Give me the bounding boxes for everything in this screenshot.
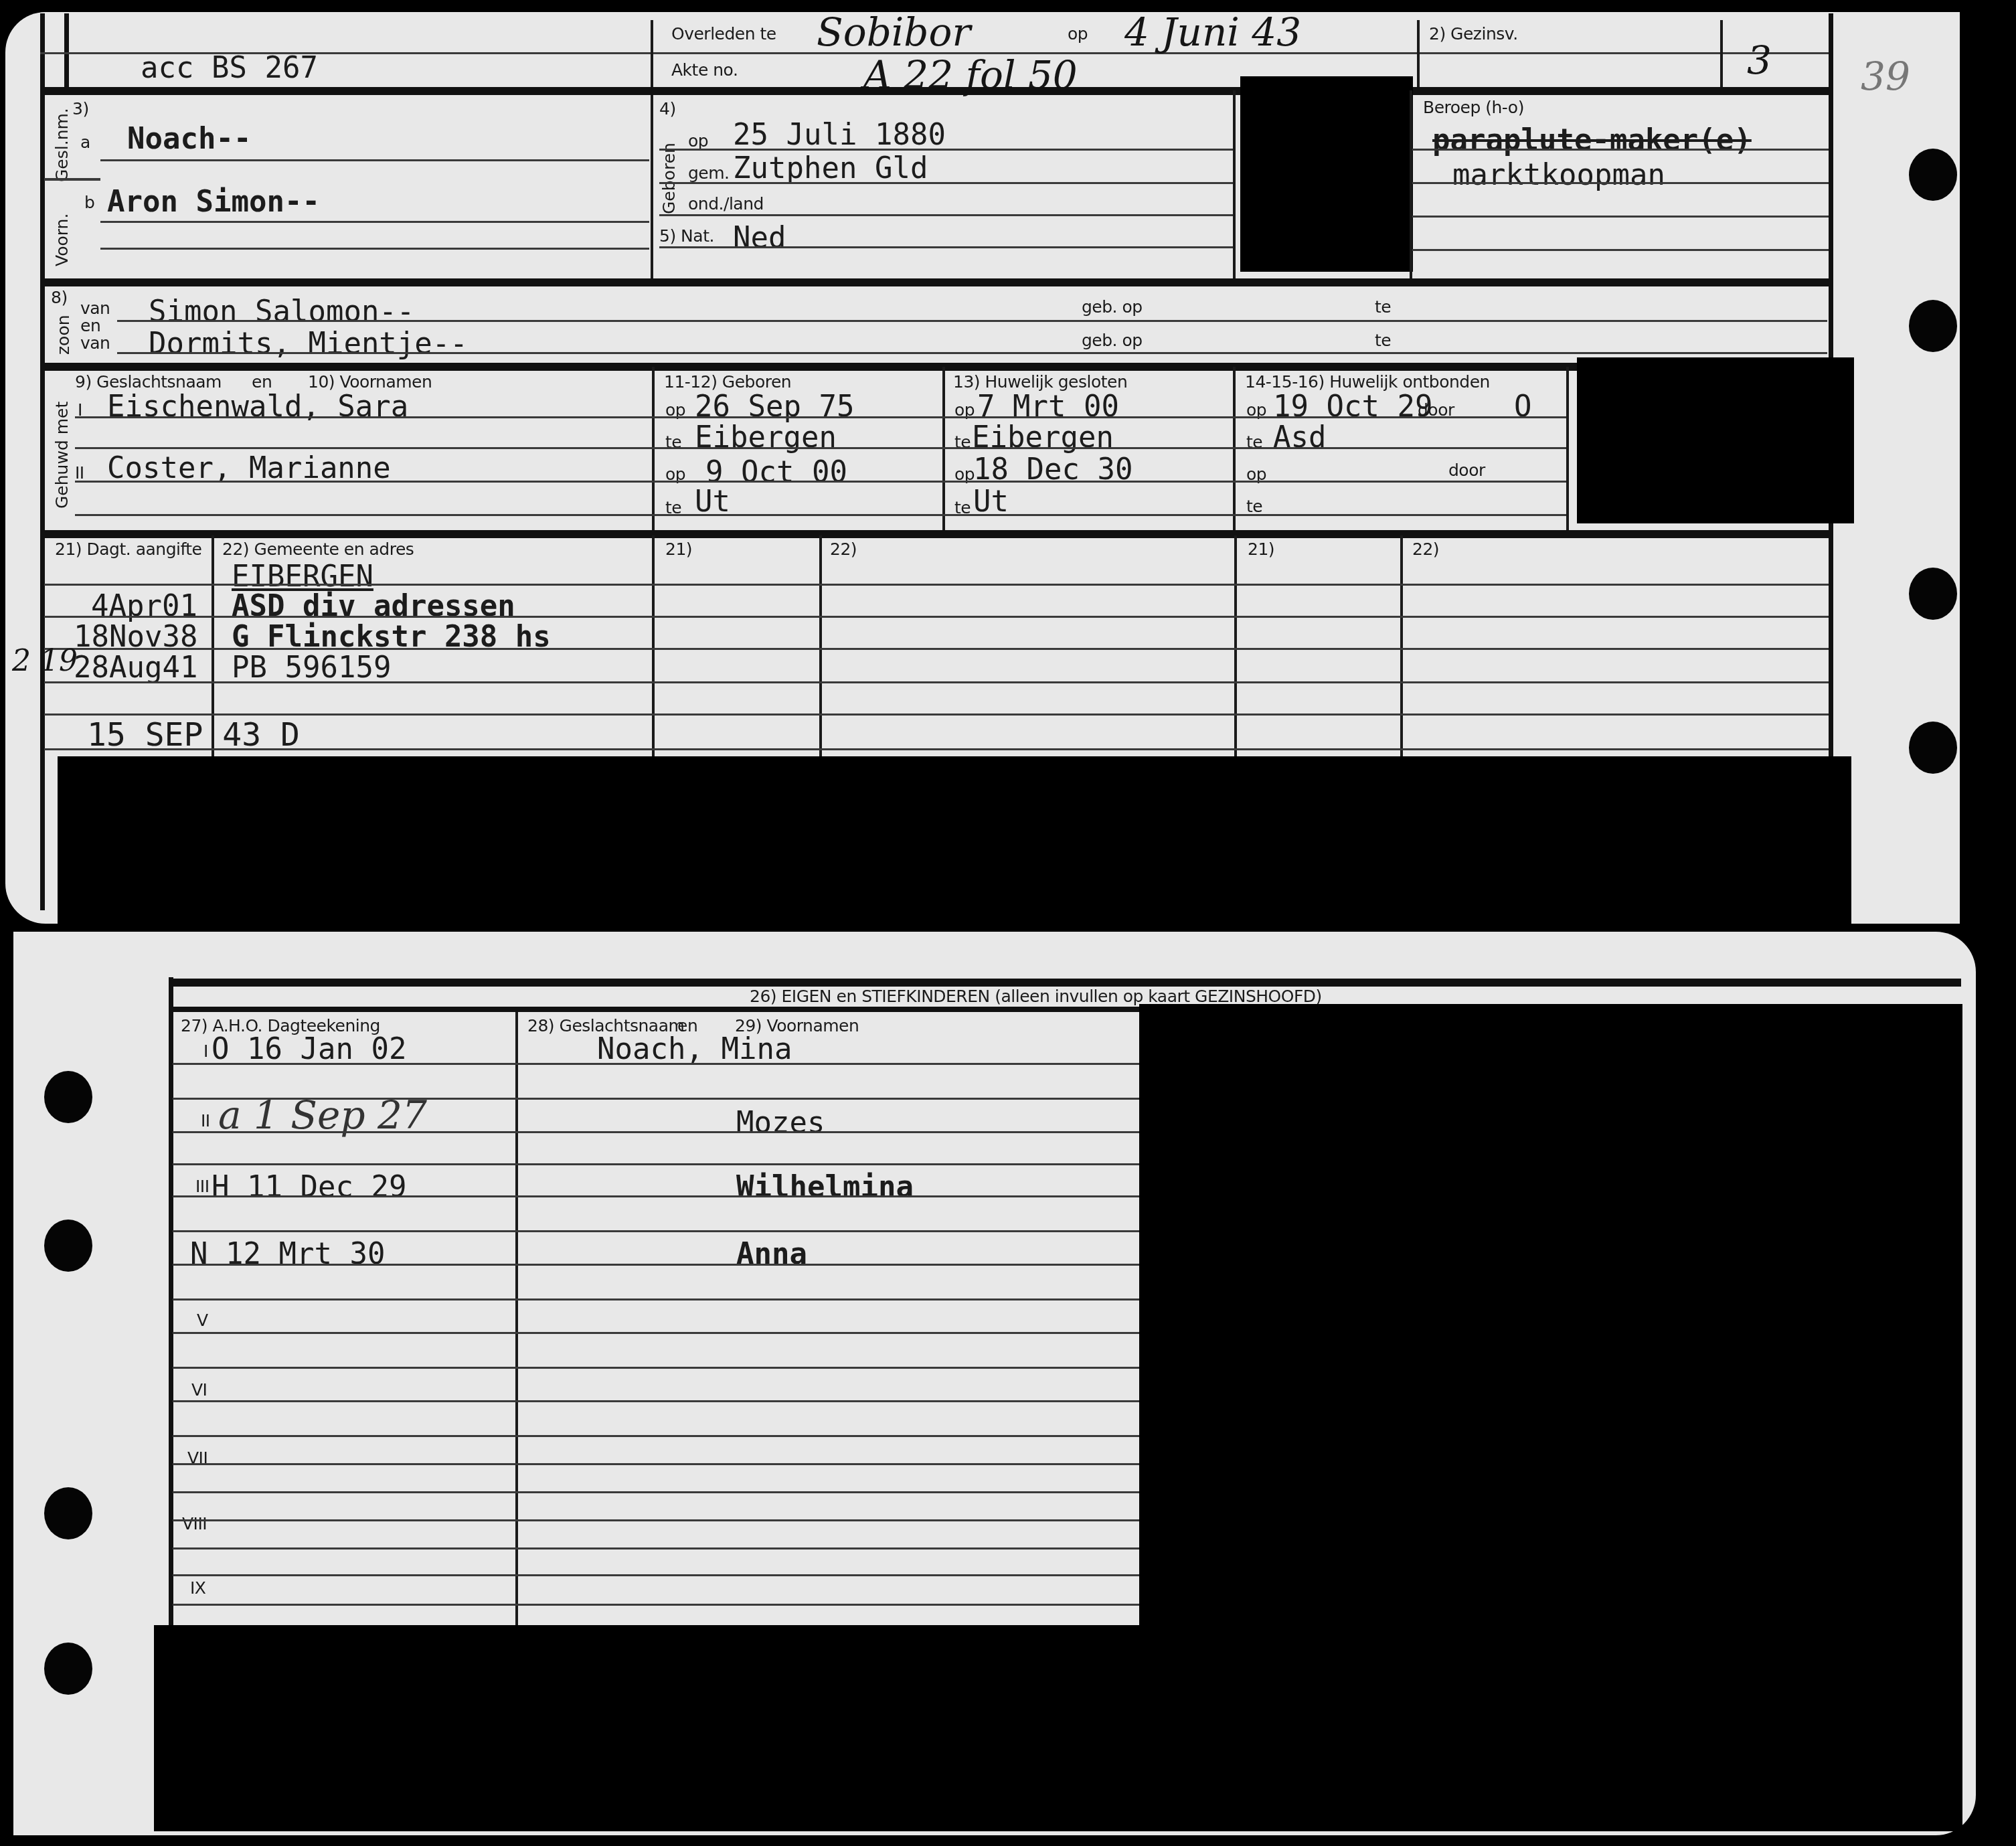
punch-hole bbox=[44, 1643, 92, 1695]
roman-numeral: III bbox=[195, 1177, 209, 1196]
occupation-struck: paraplute-maker(e) bbox=[1432, 123, 1752, 157]
given-names: Aron Simon-- bbox=[107, 185, 320, 219]
divider bbox=[1410, 90, 1412, 284]
rule bbox=[40, 278, 1829, 286]
rule bbox=[659, 149, 1235, 151]
reference-number: acc BS 267 bbox=[141, 51, 318, 85]
punch-hole bbox=[1909, 149, 1957, 201]
divider bbox=[651, 20, 653, 282]
a-label: a bbox=[80, 133, 90, 152]
redaction bbox=[154, 1625, 1158, 1831]
gem-label: gem. bbox=[688, 163, 730, 183]
col-label: 10) Voornamen bbox=[308, 372, 432, 392]
side-label-born: Geboren bbox=[659, 143, 679, 214]
section-no: 4) bbox=[659, 99, 676, 118]
rule bbox=[44, 616, 1829, 618]
col-label: 13) Huwelijk gesloten bbox=[953, 372, 1127, 392]
mother-name: Dormits, Mientje-- bbox=[149, 327, 468, 361]
rule bbox=[100, 159, 649, 161]
rule bbox=[173, 1264, 1139, 1266]
death-date: 4 Juni 43 bbox=[1124, 9, 1301, 55]
rule bbox=[173, 1298, 1139, 1300]
married-place: Eibergen bbox=[972, 420, 1114, 454]
section-no: 8) bbox=[51, 288, 68, 307]
divider bbox=[1234, 535, 1237, 756]
b-label: b bbox=[84, 193, 94, 212]
redaction bbox=[1240, 76, 1413, 272]
death-place: Sobibor bbox=[817, 9, 971, 55]
children-section-title: 26) EIGEN en STIEFKINDEREN (alleen invul… bbox=[750, 987, 1322, 1006]
redaction bbox=[58, 756, 1851, 924]
child-name: Mozes bbox=[736, 1106, 825, 1140]
border bbox=[169, 977, 173, 1667]
rule bbox=[659, 246, 1235, 248]
rule bbox=[173, 1400, 1139, 1402]
punch-hole bbox=[44, 1487, 92, 1539]
rule bbox=[44, 714, 1829, 716]
overleden-label: Overleden te bbox=[671, 24, 776, 44]
redaction bbox=[1577, 357, 1854, 523]
nationality-label: 5) Nat. bbox=[659, 226, 714, 246]
geb-op-label: geb. op bbox=[1082, 331, 1143, 350]
section-no: 3) bbox=[72, 99, 89, 118]
roman-numeral: VI bbox=[191, 1380, 207, 1400]
death-op-label: op bbox=[1068, 24, 1088, 44]
rule bbox=[659, 182, 1235, 184]
child-name: Wilhelmina bbox=[736, 1170, 914, 1204]
dissolved-place: Asd bbox=[1273, 420, 1326, 454]
birth-op-label: op bbox=[688, 131, 708, 151]
roman-numeral: VIII bbox=[182, 1514, 207, 1533]
side-label-married: Gehuwd met bbox=[52, 402, 72, 509]
rule bbox=[75, 447, 1566, 449]
gezinsv-label: 2) Gezinsv. bbox=[1429, 24, 1518, 44]
rule bbox=[173, 1131, 1139, 1133]
akte-label: Akte no. bbox=[671, 60, 738, 80]
roman-numeral: V bbox=[197, 1311, 208, 1330]
rule bbox=[40, 363, 1829, 371]
father-name: Simon Salomon-- bbox=[149, 295, 414, 329]
rule bbox=[173, 1332, 1139, 1334]
col-label: 22) bbox=[1412, 539, 1439, 559]
col-label: 22) Gemeente en adres bbox=[222, 539, 414, 559]
rule bbox=[1412, 216, 1829, 218]
ond-land-label: ond./land bbox=[688, 194, 764, 214]
door-label: door bbox=[1448, 460, 1485, 480]
van-label: van bbox=[80, 333, 110, 353]
child-name: Noach, Mina bbox=[597, 1032, 792, 1066]
rule bbox=[100, 248, 649, 250]
roman-numeral: IX bbox=[190, 1578, 206, 1598]
address-date: 4Apr01 bbox=[91, 589, 197, 623]
spouse-born-date: 26 Sep 75 bbox=[695, 390, 854, 424]
rule bbox=[173, 1463, 1139, 1465]
rule bbox=[75, 514, 1566, 516]
divider bbox=[1720, 20, 1723, 87]
birth-date: 25 Juli 1880 bbox=[733, 118, 946, 152]
te-label: te bbox=[1246, 497, 1262, 516]
gezinsv-value: 3 bbox=[1747, 37, 1772, 83]
col-label: 21) bbox=[665, 539, 692, 559]
rule bbox=[173, 1547, 1139, 1549]
rule bbox=[44, 648, 1829, 650]
rule bbox=[173, 1007, 1139, 1012]
side-label-surname: Gesl.nm. bbox=[52, 108, 72, 182]
roman-numeral: II bbox=[75, 463, 84, 483]
rule bbox=[173, 1195, 1139, 1197]
rule bbox=[75, 481, 1566, 483]
rule bbox=[173, 1604, 1139, 1606]
col-label: 11-12) Geboren bbox=[664, 372, 791, 392]
divider bbox=[515, 1012, 518, 1661]
side-label-son: zoon bbox=[54, 315, 73, 355]
rule bbox=[173, 1435, 1139, 1437]
redaction bbox=[1139, 1004, 1962, 1831]
margin-note: 39 bbox=[1861, 54, 1910, 99]
rule bbox=[44, 681, 1829, 683]
punch-hole bbox=[44, 1220, 92, 1272]
birth-place: Zutphen Gld bbox=[733, 151, 928, 185]
rule bbox=[173, 1230, 1139, 1232]
van-label: van bbox=[80, 299, 110, 318]
rule bbox=[173, 1063, 1139, 1065]
address-date: 28Aug41 bbox=[74, 651, 197, 685]
border bbox=[40, 13, 45, 910]
col-label: 21) Dagt. aangifte bbox=[55, 539, 202, 559]
occupation-label: Beroep (h-o) bbox=[1423, 98, 1524, 117]
col-label: 14-15-16) Huwelijk ontbonden bbox=[1245, 372, 1490, 392]
roman-numeral: II bbox=[201, 1111, 210, 1130]
col-label: 21) bbox=[1248, 539, 1274, 559]
col-label: 9) Geslachtsnaam bbox=[75, 372, 222, 392]
divider bbox=[652, 535, 655, 756]
divider bbox=[819, 535, 822, 756]
border bbox=[64, 13, 69, 87]
rule bbox=[173, 1574, 1139, 1576]
rule bbox=[173, 979, 1961, 987]
rule bbox=[75, 416, 1566, 418]
rule bbox=[40, 87, 1829, 95]
punch-hole bbox=[44, 1071, 92, 1123]
rule bbox=[44, 748, 1829, 750]
address: ASD div adressen bbox=[232, 589, 515, 623]
rule bbox=[117, 320, 1827, 322]
col-label: 22) bbox=[830, 539, 857, 559]
rule bbox=[173, 1491, 1139, 1493]
child-date: H 11 Dec 29 bbox=[212, 1170, 406, 1204]
rule bbox=[1412, 149, 1829, 151]
te-label: te bbox=[1375, 331, 1391, 350]
en-label: en bbox=[80, 316, 100, 335]
rule bbox=[100, 221, 649, 223]
divider bbox=[1417, 20, 1420, 87]
punch-hole bbox=[1909, 568, 1957, 620]
rule bbox=[173, 1519, 1139, 1521]
rule bbox=[40, 530, 1829, 538]
occupation-current: marktkoopman bbox=[1452, 158, 1665, 192]
rule bbox=[44, 584, 1829, 586]
rule bbox=[1412, 182, 1829, 184]
rule bbox=[173, 1163, 1139, 1165]
child-date: O 16 Jan 02 bbox=[212, 1032, 406, 1066]
married-date: 7 Mrt 00 bbox=[977, 390, 1119, 424]
spouse-born-place: Eibergen bbox=[695, 420, 837, 454]
punch-hole bbox=[1909, 300, 1957, 352]
spouse-name: Eischenwald, Sara bbox=[107, 390, 408, 424]
rule bbox=[173, 1367, 1139, 1369]
margin-mark: 2 19 bbox=[12, 644, 78, 678]
te-label: te bbox=[1375, 297, 1391, 317]
side-label-given: Voorn. bbox=[52, 214, 72, 266]
rule bbox=[659, 214, 1235, 216]
divider bbox=[1233, 90, 1236, 284]
col-label: en bbox=[252, 372, 272, 392]
roman-numeral: I bbox=[203, 1041, 208, 1061]
surname: Noach-- bbox=[127, 122, 251, 156]
divider bbox=[1566, 367, 1569, 531]
divider bbox=[1400, 535, 1403, 756]
geb-op-label: geb. op bbox=[1082, 297, 1143, 317]
child-date: N 12 Mrt 30 bbox=[190, 1237, 385, 1271]
rule bbox=[117, 352, 1827, 354]
nationality: Ned bbox=[733, 221, 786, 255]
rule bbox=[44, 178, 100, 181]
dissolved-date: 19 Oct 29 bbox=[1273, 390, 1432, 424]
child-name: Anna bbox=[736, 1237, 807, 1271]
punch-hole bbox=[1909, 722, 1957, 774]
rule bbox=[1412, 249, 1829, 251]
dissolved-by: O bbox=[1514, 390, 1532, 424]
address: PB 596159 bbox=[232, 651, 391, 685]
